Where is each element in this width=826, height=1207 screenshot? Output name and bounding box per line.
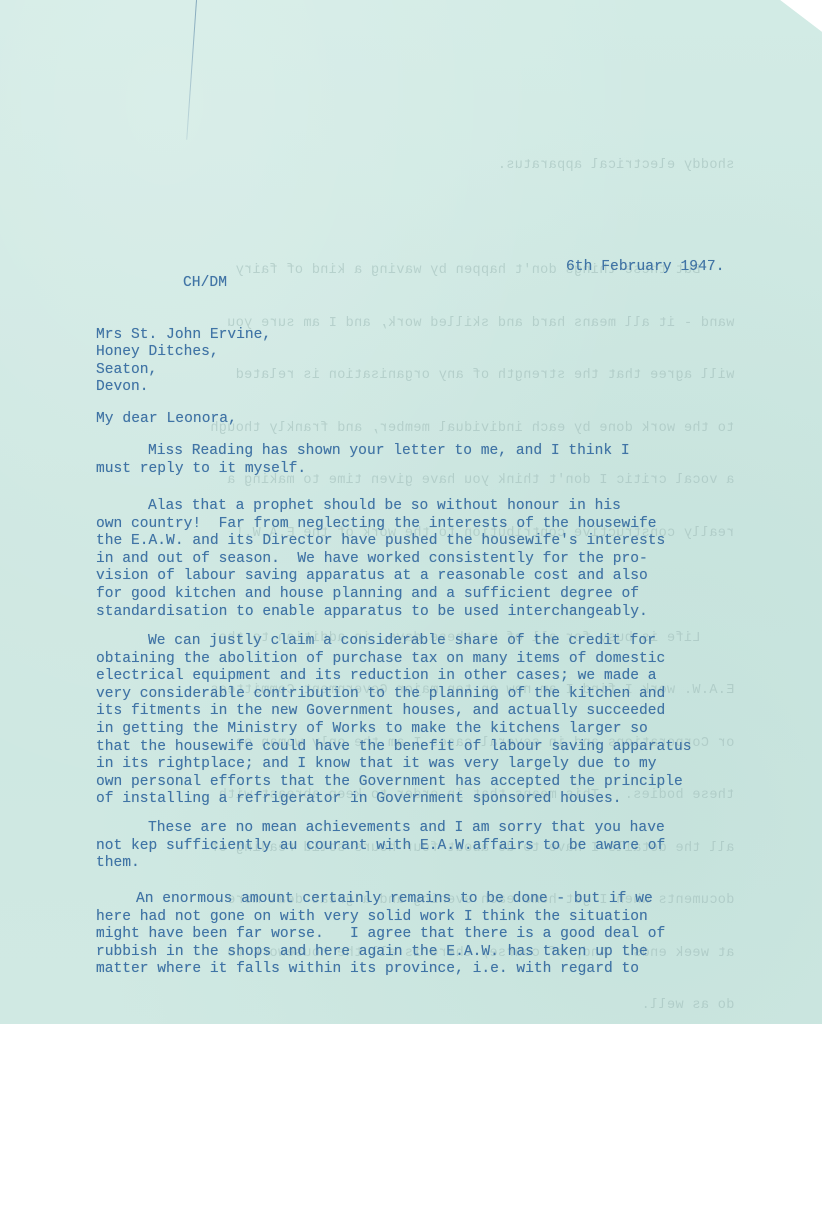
letter-paper: shoddy electrical apparatus. But these t… [0,0,822,1024]
text-line: vision of labour saving apparatus at a r… [96,568,816,586]
letter-date: 6th February 1947. [566,259,725,277]
text-line: for good kitchen and house planning and … [96,586,816,604]
paragraph-1: Miss Reading has shown your letter to me… [96,443,816,478]
text-line: own personal efforts that the Government… [96,774,816,792]
text-line: These are no mean achievements and I am … [96,820,816,838]
text-line: that the housewife could have the benefi… [96,739,816,757]
show-through-line: do as well. [210,997,734,1015]
text-line: the E.A.W. and its Director have pushed … [96,533,816,551]
text-line: matter where it falls within its provinc… [96,961,816,979]
text-line: of installing a refrigerator in Governme… [96,791,816,809]
paragraph-3: We can justly claim a considerable share… [96,633,816,809]
text-line: Miss Reading has shown your letter to me… [96,443,816,461]
address-line: Seaton, [96,362,816,379]
text-line: We can justly claim a considerable share… [96,633,816,651]
address-line: Mrs St. John Ervine, [96,327,816,344]
text-line: standardisation to enable apparatus to b… [96,604,816,622]
paragraph-4: These are no mean achievements and I am … [96,820,816,873]
paragraph-2: Alas that a prophet should be so without… [96,498,816,621]
text-line: not kep sufficiently au courant with E.A… [96,838,816,856]
text-line: Alas that a prophet should be so without… [96,498,816,516]
text-line: its fitments in the new Government house… [96,703,816,721]
text-line: own country! Far from neglecting the int… [96,516,816,534]
text-line: obtaining the abolition of purchase tax … [96,651,816,669]
address-line: Honey Ditches, [96,344,816,361]
text-line: might have been far worse. I agree that … [96,926,816,944]
recipient-address: Mrs St. John Ervine, Honey Ditches, Seat… [96,327,816,397]
show-through-line [210,210,734,228]
paragraph-5: An enormous amount certainly remains to … [96,891,816,979]
address-line: Devon. [96,379,816,396]
fold-mark [186,0,197,140]
text-line: here had not gone on with very solid wor… [96,909,816,927]
show-through-line: shoddy electrical apparatus. [210,157,734,175]
text-line: very considerable contribution to the pl… [96,686,816,704]
text-line: them. [96,855,816,873]
text-line: electrical equipment and its reduction i… [96,668,816,686]
show-through-line: to the work done by each individual memb… [210,420,734,438]
text-line: in getting the Ministry of Works to make… [96,721,816,739]
salutation: My dear Leonora, [96,411,237,429]
text-line: rubbish in the shops and here again the … [96,944,816,962]
text-line: must reply to it myself. [96,461,816,479]
text-line: An enormous amount certainly remains to … [96,891,816,909]
text-line: in and out of season. We have worked con… [96,551,816,569]
text-line: in its rightplace; and I know that it wa… [96,756,816,774]
reference-code: CH/DM [183,275,227,293]
